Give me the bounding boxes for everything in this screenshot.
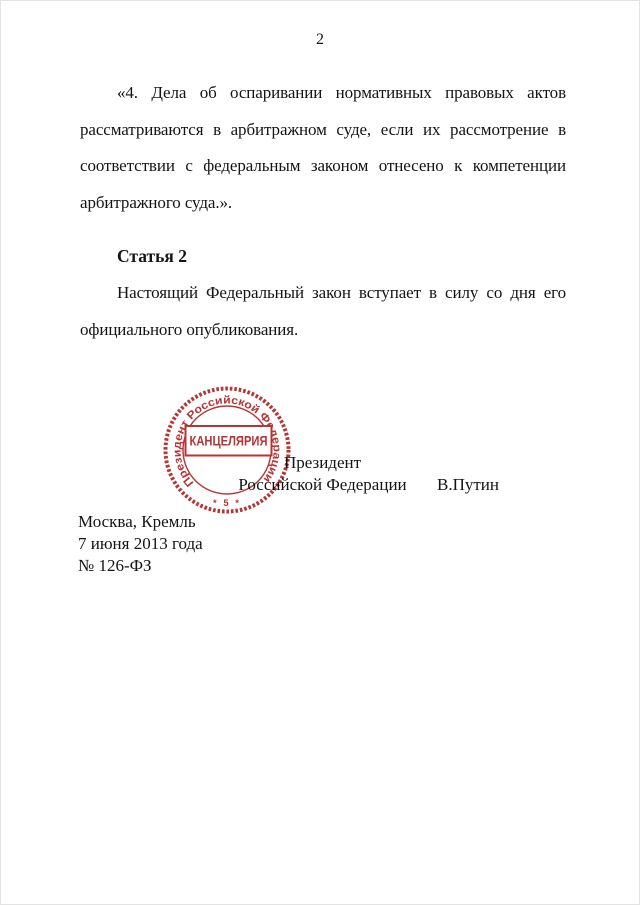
document-page: 2 «4. Дела об оспаривании нормативных пр… xyxy=(0,0,640,905)
paragraph-line: арбитражного суда.». xyxy=(80,185,566,222)
article-heading: Статья 2 xyxy=(117,246,187,267)
paragraph-clause-4: «4. Дела об оспаривании нормативных прав… xyxy=(80,75,566,221)
paragraph-line: Настоящий Федеральный закон вступает в с… xyxy=(80,275,566,312)
signature-name: В.Путин xyxy=(437,474,499,496)
footer-date: 7 июня 2013 года xyxy=(78,533,203,555)
chancellery-stamp-icon: Президент Российской Федерации КАНЦЕЛЯРИ… xyxy=(159,382,295,518)
stamp-bottom-number: * 5 * xyxy=(213,498,241,509)
paragraph-line: рассматриваются в арбитражном суде, если… xyxy=(80,112,566,149)
stamp-center-text: КАНЦЕЛЯРИЯ xyxy=(190,433,268,449)
paragraph-line: соответствии с федеральным законом отнес… xyxy=(80,148,566,185)
page-number: 2 xyxy=(0,31,640,49)
paragraph-line: официального опубликования. xyxy=(80,312,566,349)
date-place-block: Москва, Кремль 7 июня 2013 года № 126-ФЗ xyxy=(78,511,203,576)
footer-law-number: № 126-ФЗ xyxy=(78,555,203,577)
paragraph-article-2: Настоящий Федеральный закон вступает в с… xyxy=(80,275,566,348)
paragraph-line: «4. Дела об оспаривании нормативных прав… xyxy=(80,75,566,112)
